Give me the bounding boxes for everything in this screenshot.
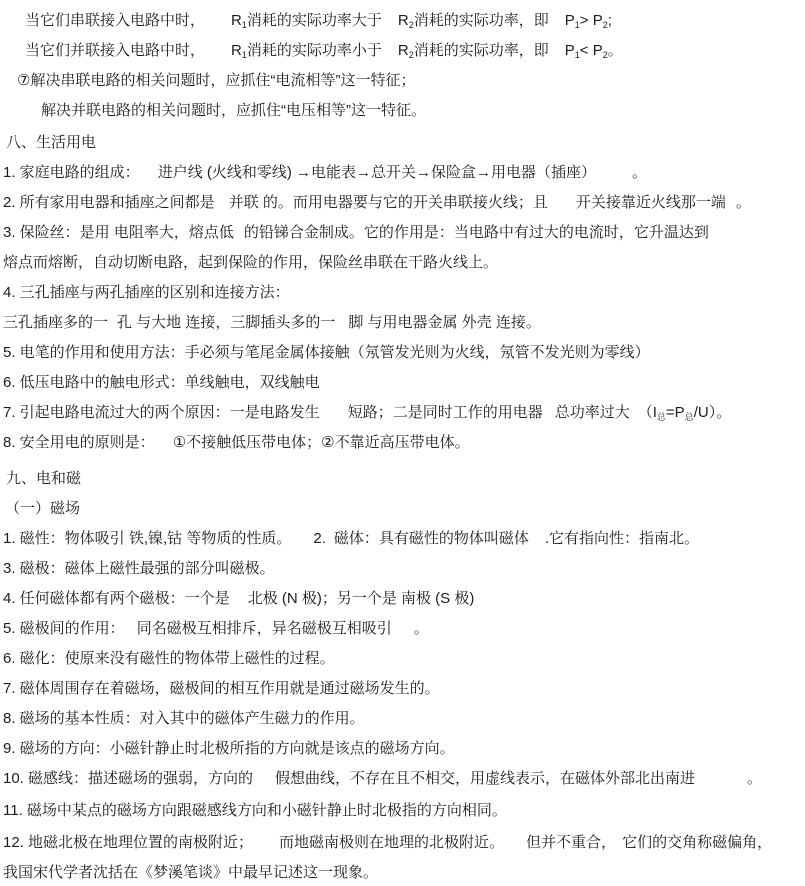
text-run: ⑦解决串联电路的相关问题时，应抓住“电流相等”这一特征； [17,72,415,89]
text-run: 三孔插座多的一 [3,314,108,331]
text-line: 5. 磁极间的作用：同名磁极互相排斥，异名磁极互相吸引。 [3,614,801,644]
subsection-heading: （一）磁场 [3,494,801,524]
text-run: 孔 与大地 连接，三脚插头多的一 [117,314,335,331]
text-run: 总功率过大 [555,404,630,421]
text-run: R [231,42,242,59]
text-run: < P [580,42,603,59]
text-run: 2. [313,530,326,547]
text-run: 5. 电笔的作用和使用方法：手必须与笔尾金属体接触（氖管发光则为火线，氖管不发光… [3,344,650,361]
text-run: =P [666,404,685,421]
text-run: 当它们并联接入电路中时， [25,42,205,59]
text-run: 6. 磁化：使原来没有磁性的物体带上磁性的过程。 [3,650,335,667]
blank-answer-gap [253,846,279,847]
blank-answer-gap [125,632,137,633]
text-run: 。 [632,164,647,181]
text-run: P [565,42,575,59]
text-line: ⑦解决串联电路的相关问题时，应抓住“电流相等”这一特征； [3,66,801,96]
text-line: 9. 磁场的方向：小磁针静止时北极所指的方向就是该点的磁场方向。 [3,734,801,764]
blank-answer-gap [726,206,736,207]
text-line: 4. 三孔插座与两孔插座的区别和连接方法： [3,278,801,308]
text-run: 脚 与用电器金属 外壳 连接。 [348,314,541,331]
text-run: 消耗的实际功率大于 [247,12,382,29]
document-body: 当它们串联接入电路中时，R1消耗的实际功率大于R2消耗的实际功率，即P1> P2… [3,6,801,886]
text-line: 8. 磁场的基本性质：对入其中的磁体产生磁力的作用。 [3,704,801,734]
text-run: 开关接靠近火线那一端 [576,194,726,211]
blank-answer-gap [543,416,555,417]
blank-answer-gap [529,542,545,543]
text-run: R [398,42,409,59]
text-line: 1. 磁性：物体吸引 铁,镍,钴 等物质的性质。2.磁体：具有磁性的物体叫磁体.… [3,524,801,554]
text-line: 三孔插座多的一孔 与大地 连接，三脚插头多的一脚 与用电器金属 外壳 连接。 [3,308,801,338]
blank-answer-gap [335,326,348,327]
section-heading-8: 八、生活用电 [3,128,801,158]
text-run: 磁体：具有磁性的物体叫磁体 [334,530,529,547]
text-run: 当它们串联接入电路中时， [25,12,205,29]
blank-answer-gap [215,206,229,207]
text-run: 并联 的。而用电器要与它的开关串联接火线；且 [229,194,548,211]
text-run: ①不接触低压带电体；②不靠近高压带电体。 [173,434,470,451]
subscript: 总 [685,412,694,422]
text-line: 我国宋代学者沈括在《梦溪笔谈》中最早记述这一现象。 [3,858,801,886]
text-run: 九、电和磁 [6,470,81,487]
text-run: 八、生活用电 [6,134,96,151]
text-line: 3. 磁极：磁体上磁性最强的部分叫磁极。 [3,554,801,584]
blank-answer-gap [695,782,747,783]
text-run: 北极 (N 极)；另一个是 南极 (S 极) [248,590,475,607]
text-line: 熔点而熔断，自动切断电路，起到保险的作用，保险丝串联在干路火线上。 [3,248,801,278]
blank-answer-gap [548,206,576,207]
text-run: 3. 保险丝：是用 电阻率大，熔点低 [3,224,234,241]
text-run: 9. 磁场的方向：小磁针静止时北极所指的方向就是该点的磁场方向。 [3,740,455,757]
text-line: 7. 引起电路电流过大的两个原因：一是电路发生短路；二是同时工作的用电器总功率过… [3,398,801,428]
text-line: 10. 磁感线：描述磁场的强弱，方向的假想曲线，不存在且不相交，用虚线表示，在磁… [3,764,801,794]
text-line: 3. 保险丝：是用 电阻率大，熔点低的铅锑合金制成。它的作用是：当电路中有过大的… [3,218,801,248]
text-run: 7. 引起电路电流过大的两个原因：一是电路发生 [3,404,320,421]
text-run: 它们的交角称磁偏角， [622,834,772,851]
text-line: 5. 电笔的作用和使用方法：手必须与笔尾金属体接触（氖管发光则为火线，氖管不发光… [3,338,801,368]
text-run: 5. 磁极间的作用： [3,620,125,637]
text-line: 1. 家庭电路的组成：进户线 (火线和零线) →电能表→总开关→保险盒→用电器（… [3,158,801,188]
text-line: 2. 所有家用电器和插座之间都是并联 的。而用电器要与它的开关串联接火线；且开关… [3,188,801,218]
text-run: 同名磁极互相排斥，异名磁极互相吸引 [137,620,392,637]
text-run: 4. 任何磁体都有两个磁极：一个是 [3,590,230,607]
text-run: （I [638,404,657,421]
text-run: 6. 低压电路中的触电形式：单线触电，双线触电 [3,374,320,391]
blank-answer-gap [596,176,632,177]
text-run: （一）磁场 [5,500,80,517]
blank-answer-gap [205,54,231,55]
text-run: 短路；二是同时工作的用电器 [348,404,543,421]
blank-answer-gap [140,176,158,177]
text-line: 6. 磁化：使原来没有磁性的物体带上磁性的过程。 [3,644,801,674]
text-run: 8. 磁场的基本性质：对入其中的磁体产生磁力的作用。 [3,710,365,727]
blank-answer-gap [382,24,398,25]
text-run: 。 [736,194,751,211]
text-run: 。 [414,620,429,637]
text-run: 而地磁南极则在地理的北极附近。 [279,834,504,851]
text-run: 但并不重合， [526,834,616,851]
text-run: 3. 磁极：磁体上磁性最强的部分叫磁极。 [3,560,275,577]
text-line: 12. 地磁北极在地理位置的南极附近；而地磁南极则在地理的北极附近。但并不重合，… [3,828,801,858]
text-run: 7. 磁体周围存在着磁场，磁极间的相互作用就是通过磁场发生的。 [3,680,440,697]
text-run: 1. 家庭电路的组成： [3,164,140,181]
text-run: 2. 所有家用电器和插座之间都是 [3,194,215,211]
text-line: 8. 安全用电的原则是：①不接触低压带电体；②不靠近高压带电体。 [3,428,801,458]
text-run: 消耗的实际功率，即 [414,12,549,29]
blank-answer-gap [230,602,248,603]
text-run: 。 [747,770,762,787]
text-run: 解决并联电路的相关问题时，应抓住“电压相等”这一特征。 [41,102,426,119]
text-line: 4. 任何磁体都有两个磁极：一个是北极 (N 极)；另一个是 南极 (S 极) [3,584,801,614]
blank-answer-gap [630,416,638,417]
text-line: 11. 磁场中某点的磁场方向跟磁感线方向和小磁针静止时北极指的方向相同。 [3,796,801,826]
text-run: R [398,12,409,29]
blank-answer-gap [291,542,313,543]
text-run: 11. 磁场中某点的磁场方向跟磁感线方向和小磁针静止时北极指的方向相同。 [3,802,507,819]
text-line: 当它们串联接入电路中时，R1消耗的实际功率大于R2消耗的实际功率，即P1> P2… [3,6,801,36]
text-run: /U）。 [694,404,732,421]
blank-answer-gap [504,846,526,847]
text-run: R [231,12,242,29]
text-line: 6. 低压电路中的触电形式：单线触电，双线触电 [3,368,801,398]
blank-answer-gap [382,54,398,55]
text-run: 8. 安全用电的原则是： [3,434,155,451]
subscript: 总 [657,412,666,422]
blank-answer-gap [205,24,231,25]
text-line: 7. 磁体周围存在着磁场，磁极间的相互作用就是通过磁场发生的。 [3,674,801,704]
blank-answer-gap [155,446,173,447]
text-run: 熔点而熔断，自动切断电路，起到保险的作用，保险丝串联在干路火线上。 [3,254,498,271]
text-run: 进户线 (火线和零线) →电能表→总开关→保险盒→用电器（插座） [158,164,596,181]
text-line: 解决并联电路的相关问题时，应抓住“电压相等”这一特征。 [3,96,801,126]
text-run: 消耗的实际功率小于 [247,42,382,59]
text-run: 10. 磁感线：描述磁场的强弱，方向的 [3,770,253,787]
text-line: 当它们并联接入电路中时，R1消耗的实际功率小于R2消耗的实际功率，即P1< P2… [3,36,801,66]
text-run: 消耗的实际功率，即 [414,42,549,59]
text-run: 4. 三孔插座与两孔插座的区别和连接方法： [3,284,290,301]
text-run: > P [580,12,603,29]
blank-answer-gap [253,782,275,783]
blank-answer-gap [326,542,334,543]
blank-answer-gap [320,416,348,417]
document-page: 当它们串联接入电路中时，R1消耗的实际功率大于R2消耗的实际功率，即P1> P2… [0,0,805,886]
text-run: ; [608,12,612,29]
text-run: 12. 地磁北极在地理位置的南极附近； [3,834,253,851]
section-heading-9: 九、电和磁 [3,464,801,494]
text-run: P [565,12,575,29]
text-run: 假想曲线，不存在且不相交，用虚线表示，在磁体外部北出南进 [275,770,695,787]
blank-answer-gap [234,236,244,237]
blank-answer-gap [549,54,565,55]
text-run: 我国宋代学者沈括在《梦溪笔谈》中最早记述这一现象。 [3,864,378,881]
text-run: .它有指向性：指南北。 [545,530,699,547]
text-run: 。 [608,42,623,59]
blank-answer-gap [392,632,414,633]
blank-answer-gap [108,326,117,327]
text-run: 的铅锑合金制成。它的作用是：当电路中有过大的电流时，它升温达到 [244,224,709,241]
blank-answer-gap [549,24,565,25]
text-run: 1. 磁性：物体吸引 铁,镍,钴 等物质的性质。 [3,530,291,547]
